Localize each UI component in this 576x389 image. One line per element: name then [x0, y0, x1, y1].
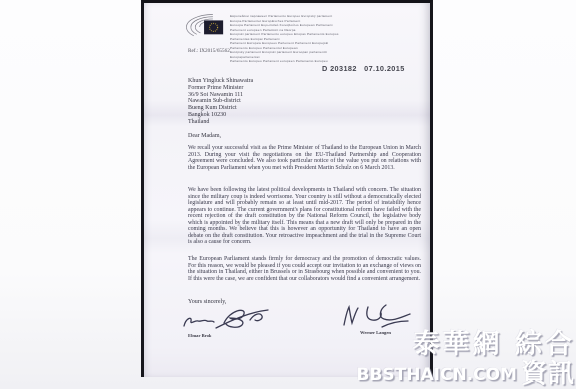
watermark-chinese-line1: 泰華網 綜合: [357, 331, 576, 358]
letterhead-line: Parlamento Europeo Parlament européen Pa…: [230, 59, 342, 64]
watermark-site-url: BBSTHAICN.COM: [357, 365, 517, 385]
body-paragraph-3: The European Parliament stands firmly fo…: [188, 256, 421, 282]
recipient-address: Khun Yingluck Shinawatra Former Prime Mi…: [188, 78, 253, 126]
letterhead-multilingual-title: Европейски парламент Parlamento Europeo …: [230, 14, 342, 64]
scanned-letter-page: Европейски парламент Parlamento Europeo …: [141, 0, 433, 377]
body-paragraph-1: We recall your successful visit as the P…: [188, 145, 421, 171]
address-line: Nawamin Sub-district: [188, 98, 253, 105]
european-parliament-logo: [185, 12, 229, 42]
salutation: Dear Madam,: [188, 133, 221, 139]
body-paragraph-2: We have been following the latest politi…: [188, 187, 421, 246]
watermark-chinese-line2: 資訊: [521, 359, 575, 389]
letterhead-line: Parlament Ewropew Europees Parlement Par…: [230, 41, 342, 50]
address-line: Former Prime Minister: [188, 85, 253, 92]
address-line: 36/9 Soi Nawamin 111: [188, 92, 253, 99]
address-line: Bueng Kum District: [188, 105, 253, 112]
address-line: Khun Yingluck Shinawatra: [188, 78, 253, 85]
eu-flag: [204, 20, 223, 34]
letter-content: Европейски парламент Parlamento Europeo …: [144, 3, 430, 377]
watermark: 泰華網 綜合 BBSTHAICN.COM資訊: [357, 331, 576, 387]
registry-date-stamp: D 203182 07.10.2015: [322, 64, 405, 73]
watermark-line2: BBSTHAICN.COM資訊: [357, 361, 576, 387]
reference-line: Ref.: IX2015/65562: [188, 48, 230, 54]
closing-phrase: Yours sincerely,: [188, 299, 226, 305]
signatory-name-elmar-brok: Elmar Brok: [188, 333, 211, 338]
letterhead-line: Europski parlament Parlamento europeo Ei…: [230, 32, 342, 41]
letterhead-line: Европейски парламент Parlamento Europeo …: [230, 14, 342, 23]
letterhead-line: Euroopa Parlament Ευρωπαϊκό Κοινοβούλιο …: [230, 23, 342, 32]
signature-elmar-brok: [180, 306, 280, 336]
address-line: Bangkok 10230: [188, 112, 253, 119]
address-line: Thailand: [188, 119, 253, 126]
letterhead-line: Európsky parlament Evropski parlament Eu…: [230, 50, 342, 59]
